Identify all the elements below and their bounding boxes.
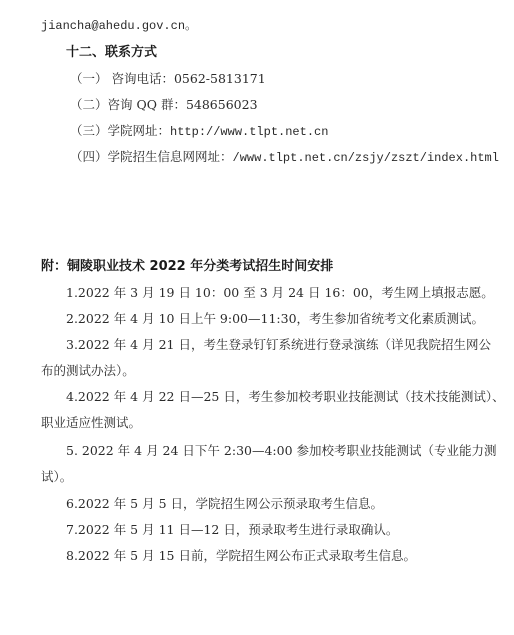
contact-website: （三）学院网址：http://www.tlpt.net.cn [70, 123, 328, 140]
contact-heading: 十二、联系方式 [66, 45, 157, 61]
contact-website-label: （三）学院网址： [70, 123, 170, 138]
email-line: jiancha@ahedu.gov.cn。 [41, 18, 197, 34]
appendix-title: 附：铜陵职业技术 2022 年分类考试招生时间安排 [41, 259, 333, 275]
contact-admission-site-link[interactable]: /www.tlpt.net.cn/zsjy/zszt/index.html [233, 151, 499, 165]
contact-admission-site-label: （四）学院招生信息网网址： [70, 149, 233, 164]
contact-phone-value: 0562-5813171 [174, 71, 266, 86]
contact-qq-value: 548656023 [186, 97, 258, 112]
schedule-item-3-cont: 布的测试办法）。 [41, 363, 135, 379]
contact-qq: （二）咨询 QQ 群：548656023 [70, 97, 258, 113]
contact-phone-label: （一） 咨询电话： [70, 71, 174, 86]
schedule-item-3: 3.2022 年 4 月 21 日，考生登录钉钉系统进行登录演练（详见我院招生网… [66, 337, 491, 353]
contact-admission-site: （四）学院招生信息网网址：/www.tlpt.net.cn/zsjy/zszt/… [70, 149, 499, 166]
contact-phone: （一） 咨询电话：0562-5813171 [70, 71, 266, 87]
schedule-item-7: 7.2022 年 5 月 11 日—12 日，预录取考生进行录取确认。 [66, 522, 398, 538]
schedule-item-6: 6.2022 年 5 月 5 日，学院招生网公示预录取考生信息。 [66, 496, 383, 512]
schedule-item-5-cont: 试）。 [41, 469, 72, 485]
schedule-item-5: 5. 2022 年 4 月 24 日下午 2:30—4:00 参加校考职业技能测… [66, 443, 497, 459]
schedule-item-4-cont: 职业适应性测试。 [41, 415, 141, 431]
schedule-item-4: 4.2022 年 4 月 22 日—25 日，考生参加校考职业技能测试（技术技能… [66, 389, 505, 405]
schedule-item-8: 8.2022 年 5 月 15 日前，学院招生网公布正式录取考生信息。 [66, 548, 416, 564]
schedule-item-2: 2.2022 年 4 月 10 日上午 9:00—11:30，考生参加省统考文化… [66, 311, 484, 327]
schedule-item-1: 1.2022 年 3 月 19 日 10：00 至 3 月 24 日 16：00… [66, 285, 494, 301]
contact-qq-label: （二）咨询 QQ 群： [70, 97, 186, 112]
contact-website-link[interactable]: http://www.tlpt.net.cn [170, 125, 328, 139]
